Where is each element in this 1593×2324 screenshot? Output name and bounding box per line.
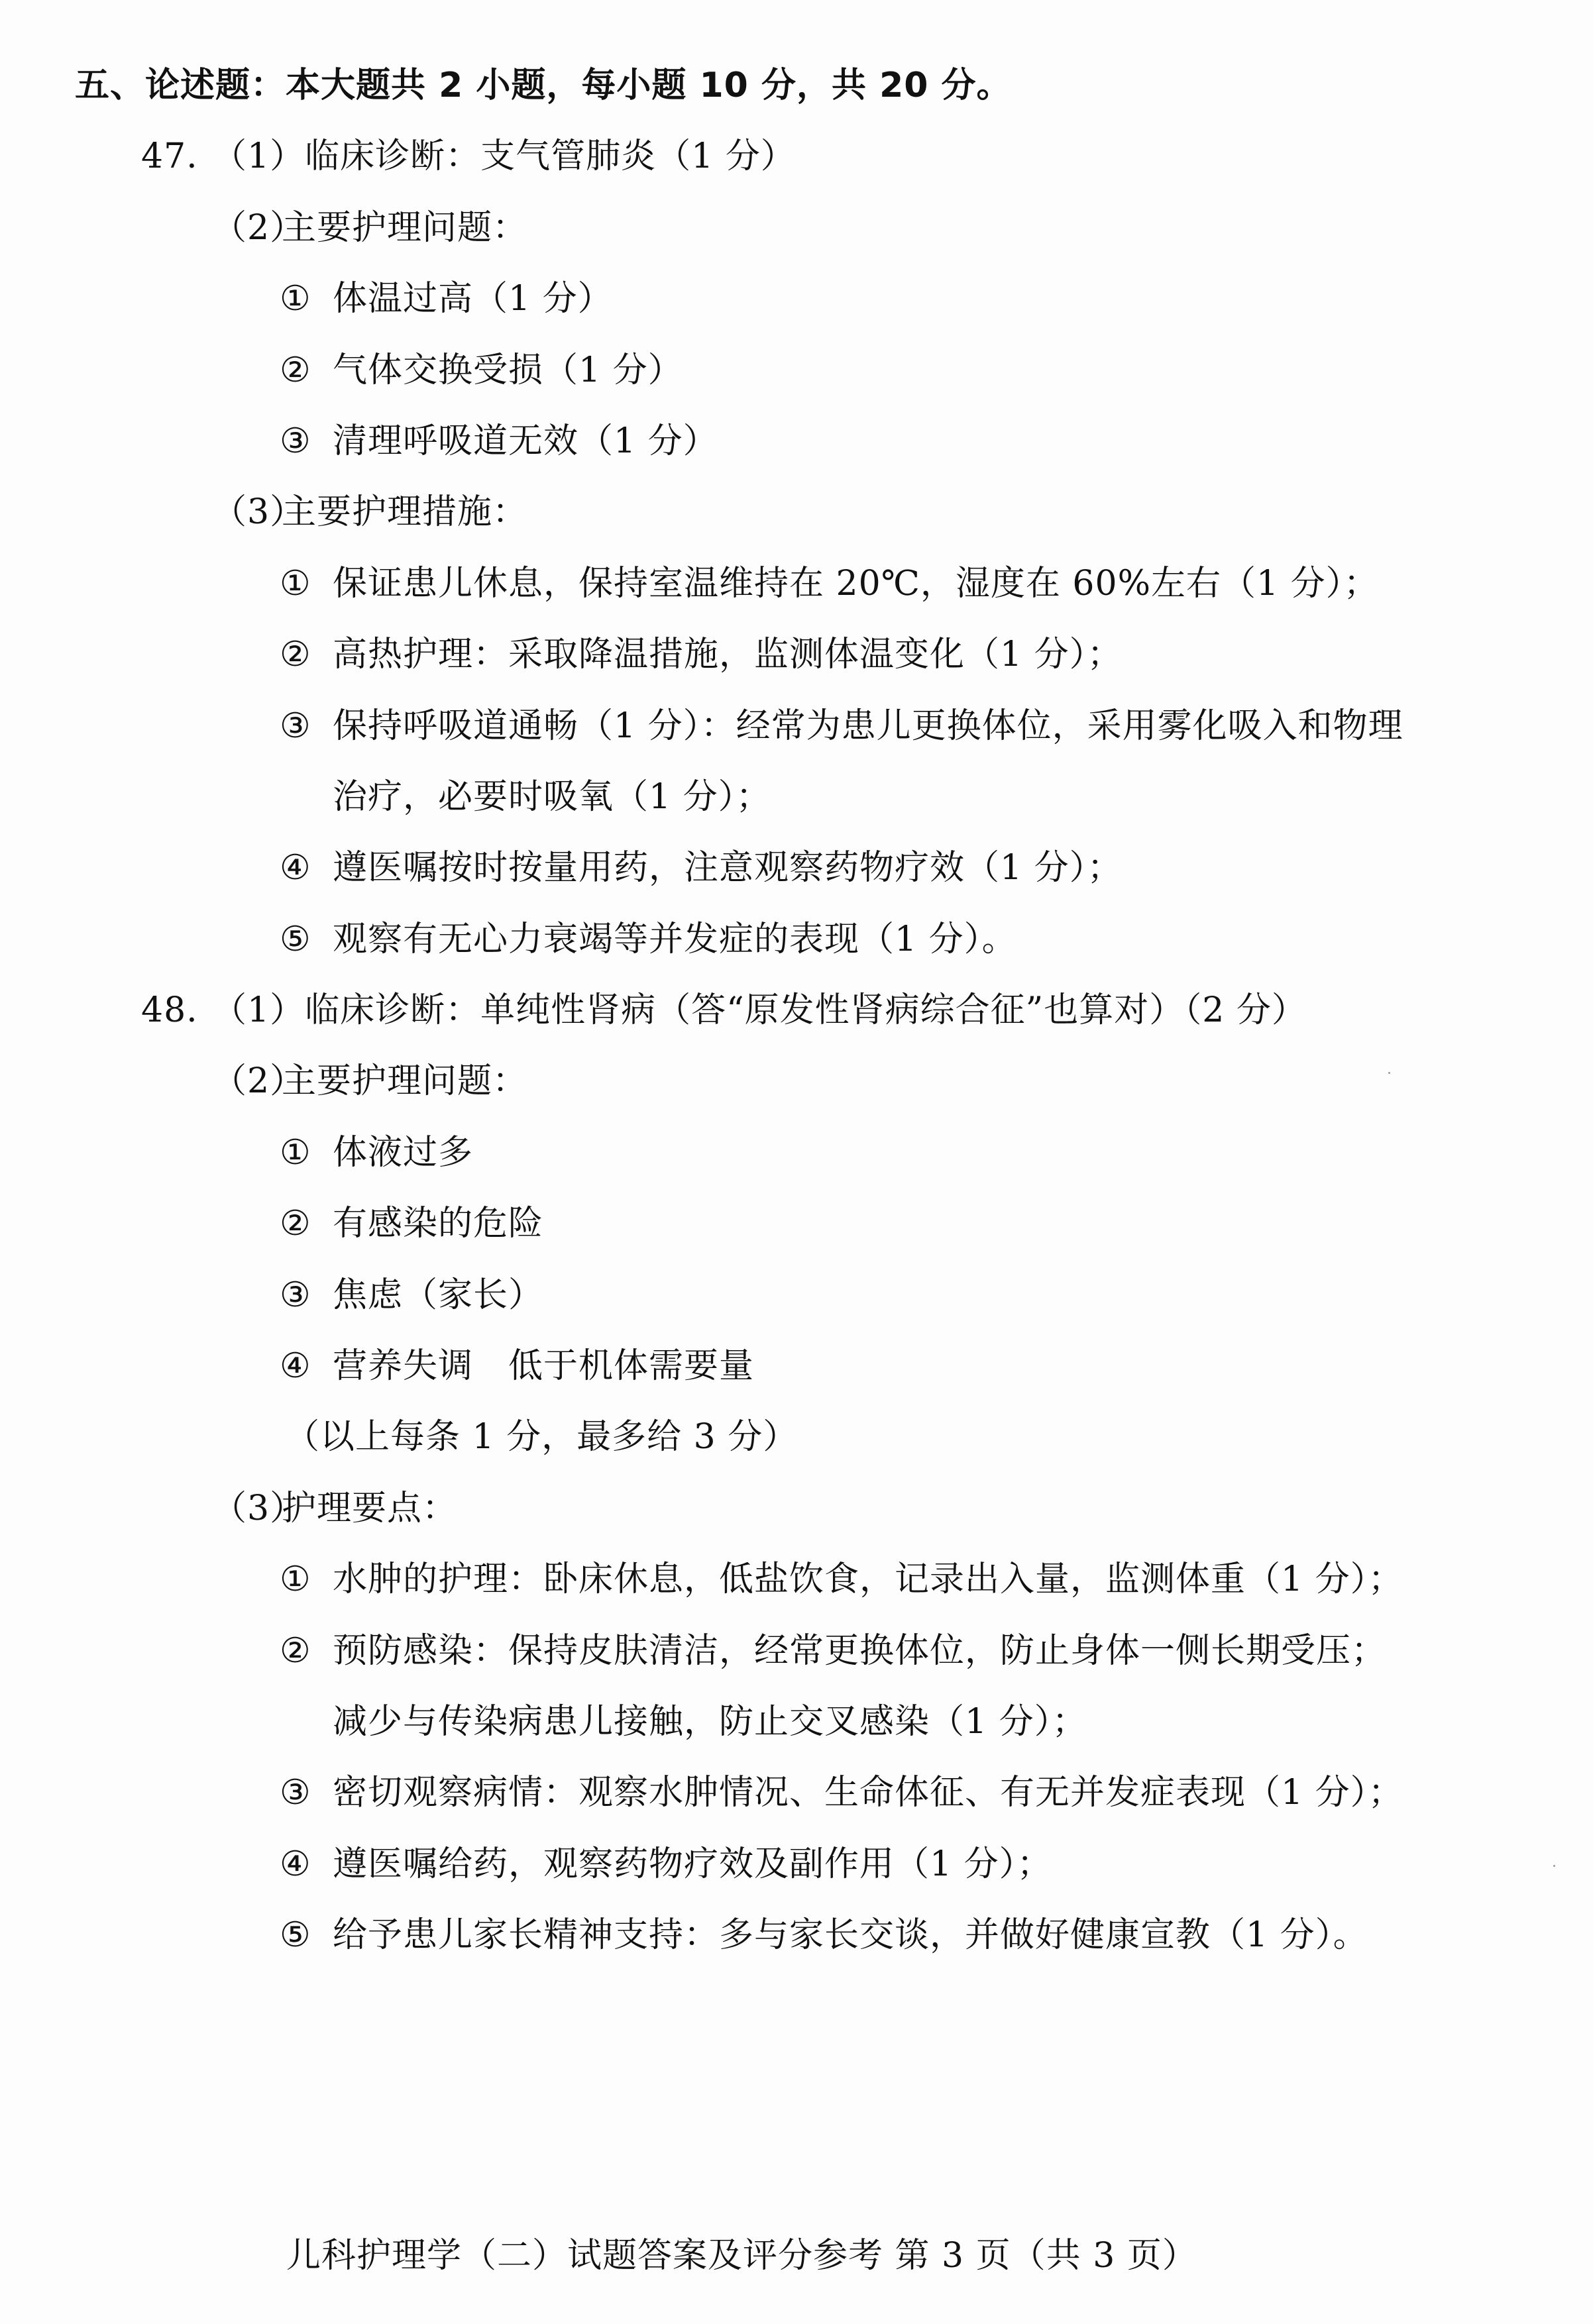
item-text: 保持呼吸道通畅（1 分）：经常为患儿更换体位，采用雾化吸入和物理 (333, 706, 1403, 746)
list-item: ③保持呼吸道通畅（1 分）：经常为患儿更换体位，采用雾化吸入和物理 (0, 691, 1593, 762)
list-item: ⑤观察有无心力衰竭等并发症的表现（1 分）。 (0, 904, 1593, 975)
question-47-part-3: （3）主要护理措施： (0, 477, 1593, 548)
list-item: ②预防感染：保持皮肤清洁，经常更换体位，防止身体一侧长期受压； (0, 1616, 1593, 1687)
list-item: ③焦虑（家长） (0, 1260, 1593, 1331)
page-footer: 儿科护理学（二）试题答案及评分参考 第 3 页（共 3 页） (286, 2221, 1197, 2292)
item-marker: ⑤ (280, 1900, 333, 1971)
part-text: 主要护理问题： (282, 1061, 527, 1101)
list-item: ②气体交换受损（1 分） (0, 335, 1593, 406)
list-item: ①体液过多 (0, 1118, 1593, 1188)
item-text: 密切观察病情：观察水肿情况、生命体征、有无并发症表现（1 分）； (333, 1773, 1403, 1813)
item-text: 观察有无心力衰竭等并发症的表现（1 分）。 (333, 920, 1017, 959)
item-marker: ② (280, 335, 333, 406)
question-number: 48. (141, 975, 212, 1046)
item-text: 营养失调 低于机体需要量 (333, 1346, 754, 1386)
item-marker: ④ (280, 833, 333, 904)
part-text: 临床诊断：支气管肺炎（1 分） (305, 136, 796, 176)
part-label: （1） (212, 990, 305, 1030)
item-marker: ③ (280, 691, 333, 762)
item-marker: ① (280, 1118, 333, 1188)
scoring-note: （以上每条 1 分，最多给 3 分） (0, 1402, 1593, 1473)
part-text: 主要护理问题： (282, 208, 527, 248)
item-text: 预防感染：保持皮肤清洁，经常更换体位，防止身体一侧长期受压； (333, 1631, 1386, 1671)
part-label: （3） (212, 1473, 282, 1544)
part-text: 临床诊断：单纯性肾病（答“原发性肾病综合征”也算对）（2 分） (305, 990, 1307, 1030)
list-item-continuation: 减少与传染病患儿接触，防止交叉感染（1 分）； (0, 1687, 1593, 1758)
item-text: 有感染的危险 (333, 1204, 543, 1243)
part-text: 主要护理措施： (282, 492, 527, 532)
question-47-part-2: （2）主要护理问题： (0, 193, 1593, 264)
item-marker: ① (280, 264, 333, 335)
item-marker: ④ (280, 1331, 333, 1402)
question-48-part-1: 48.（1）临床诊断：单纯性肾病（答“原发性肾病综合征”也算对）（2 分） (0, 975, 1593, 1046)
list-item: ③清理呼吸道无效（1 分） (0, 406, 1593, 477)
question-48-part-3: （3）护理要点： (0, 1473, 1593, 1544)
item-text: 高热护理：采取降温措施，监测体温变化（1 分）； (333, 635, 1123, 674)
list-item: ④遵医嘱按时按量用药，注意观察药物疗效（1 分）； (0, 833, 1593, 904)
answer-content: 五、论述题：本大题共 2 小题，每小题 10 分，共 20 分。 47.（1）临… (0, 50, 1593, 1972)
item-marker: ③ (280, 406, 333, 477)
item-text: 体液过多 (333, 1133, 473, 1173)
item-marker: ④ (280, 1829, 333, 1900)
item-text: 遵医嘱按时按量用药，注意观察药物疗效（1 分）； (333, 848, 1123, 888)
part-label: （1） (212, 136, 305, 176)
list-item: ③密切观察病情：观察水肿情况、生命体征、有无并发症表现（1 分）； (0, 1758, 1593, 1828)
item-marker: ① (280, 1544, 333, 1615)
list-item: ⑤给予患儿家长精神支持：多与家长交谈，并做好健康宣教（1 分）。 (0, 1900, 1593, 1971)
list-item: ①保证患儿休息，保持室温维持在 20℃，湿度在 60%左右（1 分）； (0, 549, 1593, 619)
item-text: 清理呼吸道无效（1 分） (333, 421, 718, 461)
item-marker: ② (280, 1188, 333, 1259)
item-text: 焦虑（家长） (333, 1275, 543, 1315)
question-number: 47. (141, 121, 212, 192)
item-text: 遵医嘱给药，观察药物疗效及副作用（1 分）； (333, 1844, 1052, 1884)
item-marker: ② (280, 619, 333, 690)
item-marker: ① (280, 549, 333, 619)
part-label: （3） (212, 477, 282, 548)
item-text: 水肿的护理：卧床休息，低盐饮食，记录出入量，监测体重（1 分）； (333, 1559, 1403, 1599)
item-text: 保证患儿休息，保持室温维持在 20℃，湿度在 60%左右（1 分）； (333, 564, 1379, 604)
item-text: 体温过高（1 分） (333, 279, 613, 319)
question-48-part-2: （2）主要护理问题： (0, 1046, 1593, 1117)
list-item: ①水肿的护理：卧床休息，低盐饮食，记录出入量，监测体重（1 分）； (0, 1544, 1593, 1615)
list-item: ②高热护理：采取降温措施，监测体温变化（1 分）； (0, 619, 1593, 690)
list-item: ④营养失调 低于机体需要量 (0, 1331, 1593, 1402)
item-text: 给予患儿家长精神支持：多与家长交谈，并做好健康宣教（1 分）。 (333, 1915, 1368, 1955)
item-marker: ③ (280, 1260, 333, 1331)
list-item: ④遵医嘱给药，观察药物疗效及副作用（1 分）； (0, 1829, 1593, 1900)
list-item: ②有感染的危险 (0, 1188, 1593, 1259)
document-page: 五、论述题：本大题共 2 小题，每小题 10 分，共 20 分。 47.（1）临… (0, 0, 1593, 2324)
scan-speck (1553, 1865, 1555, 1867)
question-47-part-1: 47.（1）临床诊断：支气管肺炎（1 分） (0, 121, 1593, 192)
item-text: 气体交换受损（1 分） (333, 350, 683, 390)
part-label: （2） (212, 1046, 282, 1117)
section-heading: 五、论述题：本大题共 2 小题，每小题 10 分，共 20 分。 (0, 50, 1593, 121)
item-marker: ② (280, 1616, 333, 1687)
part-text: 护理要点： (282, 1489, 457, 1528)
part-label: （2） (212, 193, 282, 264)
list-item: ①体温过高（1 分） (0, 264, 1593, 335)
scan-speck (1388, 1072, 1390, 1074)
item-marker: ③ (280, 1758, 333, 1828)
item-marker: ⑤ (280, 904, 333, 975)
list-item-continuation: 治疗，必要时吸氧（1 分）； (0, 762, 1593, 833)
